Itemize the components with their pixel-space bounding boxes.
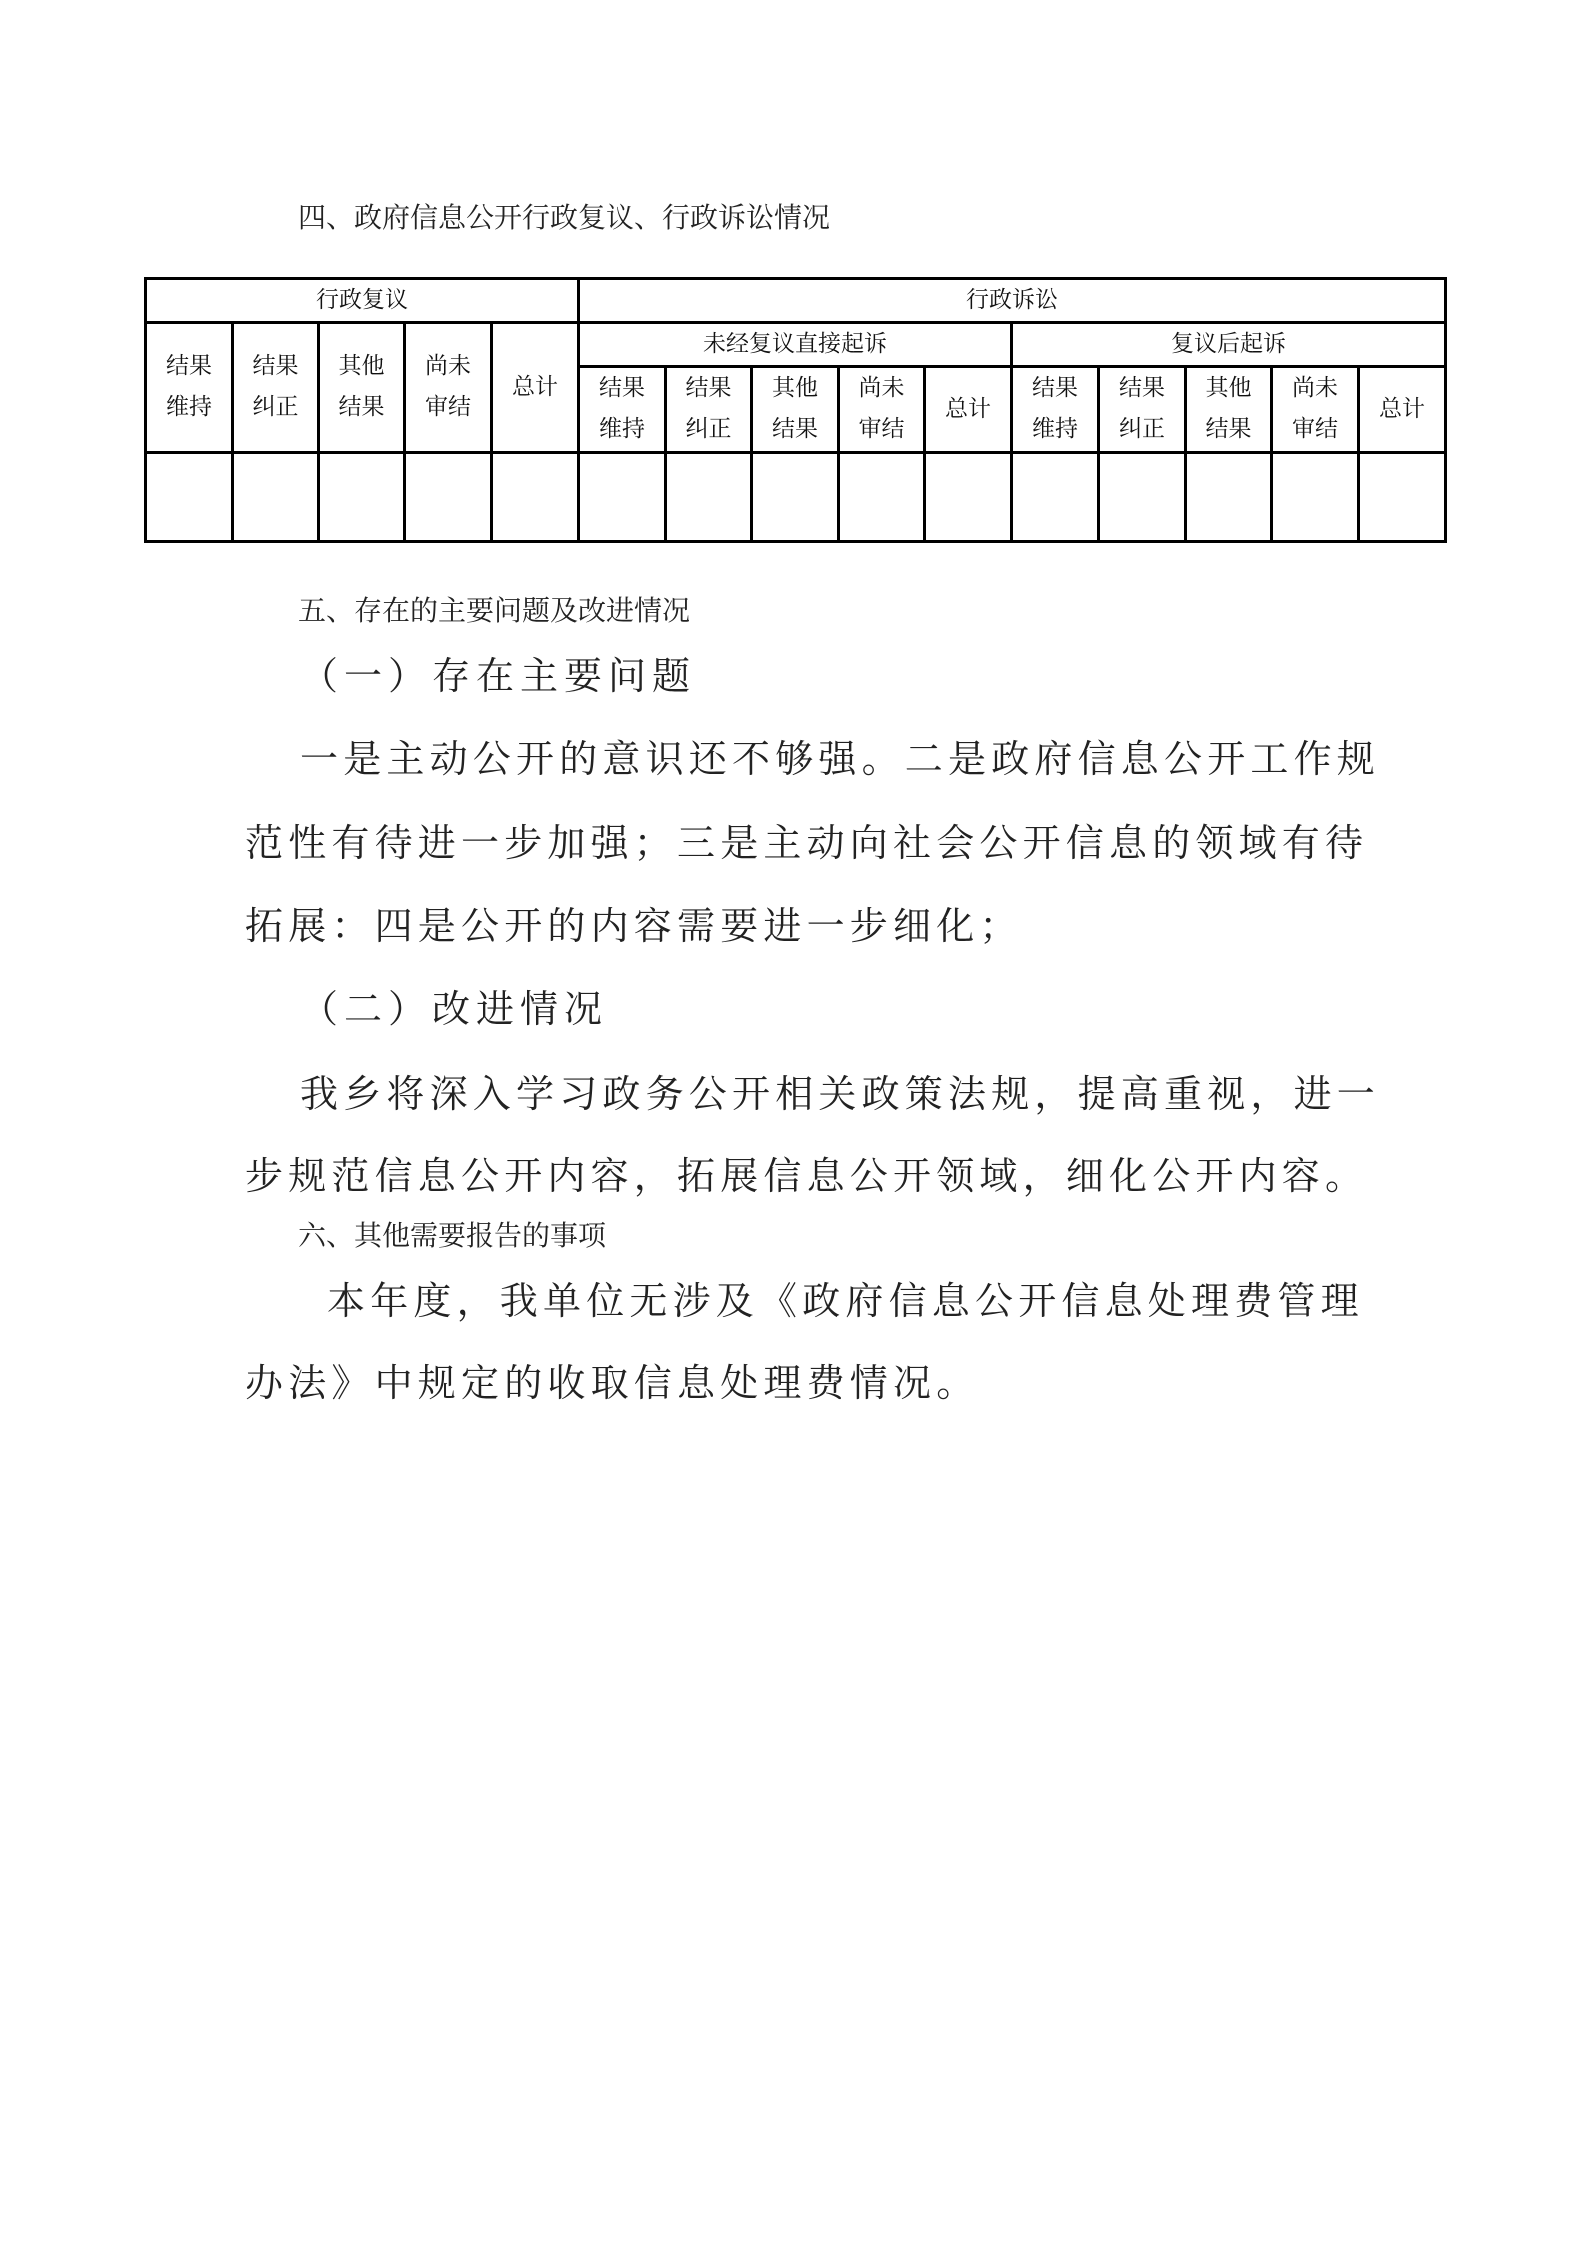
cell-direct-total bbox=[925, 452, 1012, 541]
improvements-line-2: 步规范信息公开内容，拓展信息公开领域，细化公开内容。 bbox=[245, 1145, 1368, 1200]
header-litigation-after-review: 复议后起诉 bbox=[1012, 323, 1446, 367]
subsection-improvements-heading: （二）改进情况 bbox=[300, 978, 608, 1033]
col-header-review-total: 总计 bbox=[492, 323, 579, 452]
subsection-problems-heading: （一）存在主要问题 bbox=[300, 645, 696, 700]
cell-after-corrected bbox=[1099, 452, 1186, 541]
other-matters-line-1: 本年度，我单位无涉及《政府信息公开信息处理费管理 bbox=[327, 1270, 1364, 1325]
cell-direct-maintained bbox=[579, 452, 666, 541]
col-header-direct-maintained: 结果维持 bbox=[579, 367, 666, 452]
problems-line-3: 拓展：四是公开的内容需要进一步细化； bbox=[245, 895, 1023, 950]
section-5-heading: 五、存在的主要问题及改进情况 bbox=[298, 589, 690, 629]
cell-after-maintained bbox=[1012, 452, 1099, 541]
cell-direct-other bbox=[752, 452, 839, 541]
cell-review-pending bbox=[405, 452, 492, 541]
header-administrative-litigation: 行政诉讼 bbox=[579, 279, 1446, 323]
cell-direct-corrected bbox=[666, 452, 752, 541]
improvements-line-1: 我乡将深入学习政务公开相关政策法规，提高重视，进一 bbox=[300, 1063, 1380, 1118]
cell-review-corrected bbox=[233, 452, 319, 541]
col-header-after-other: 其他结果 bbox=[1186, 367, 1272, 452]
col-header-direct-total: 总计 bbox=[925, 367, 1012, 452]
problems-line-1: 一是主动公开的意识还不够强。二是政府信息公开工作规 bbox=[300, 728, 1380, 783]
cell-review-maintained bbox=[146, 452, 233, 541]
col-header-after-total: 总计 bbox=[1359, 367, 1446, 452]
col-header-direct-corrected: 结果纠正 bbox=[666, 367, 752, 452]
section-4-heading: 四、政府信息公开行政复议、行政诉讼情况 bbox=[298, 196, 830, 236]
col-header-review-other: 其他结果 bbox=[319, 323, 405, 452]
header-administrative-review: 行政复议 bbox=[146, 279, 579, 323]
col-header-review-pending: 尚未审结 bbox=[405, 323, 492, 452]
section-6-heading: 六、其他需要报告的事项 bbox=[298, 1214, 606, 1254]
review-litigation-table: 行政复议 行政诉讼 结果维持 结果纠正 其他结果 尚未审结 总计 未经复议直接起… bbox=[144, 277, 1447, 543]
cell-after-pending bbox=[1272, 452, 1359, 541]
table-row bbox=[146, 452, 1446, 541]
cell-review-other bbox=[319, 452, 405, 541]
col-header-direct-other: 其他结果 bbox=[752, 367, 839, 452]
col-header-after-maintained: 结果维持 bbox=[1012, 367, 1099, 452]
col-header-after-pending: 尚未审结 bbox=[1272, 367, 1359, 452]
col-header-after-corrected: 结果纠正 bbox=[1099, 367, 1186, 452]
col-header-review-maintained: 结果维持 bbox=[146, 323, 233, 452]
other-matters-line-2: 办法》中规定的收取信息处理费情况。 bbox=[245, 1352, 979, 1407]
header-direct-litigation: 未经复议直接起诉 bbox=[579, 323, 1012, 367]
cell-after-total bbox=[1359, 452, 1446, 541]
problems-line-2: 范性有待进一步加强；三是主动向社会公开信息的领域有待 bbox=[245, 812, 1368, 867]
col-header-review-corrected: 结果纠正 bbox=[233, 323, 319, 452]
cell-after-other bbox=[1186, 452, 1272, 541]
cell-review-total bbox=[492, 452, 579, 541]
col-header-direct-pending: 尚未审结 bbox=[839, 367, 925, 452]
cell-direct-pending bbox=[839, 452, 925, 541]
